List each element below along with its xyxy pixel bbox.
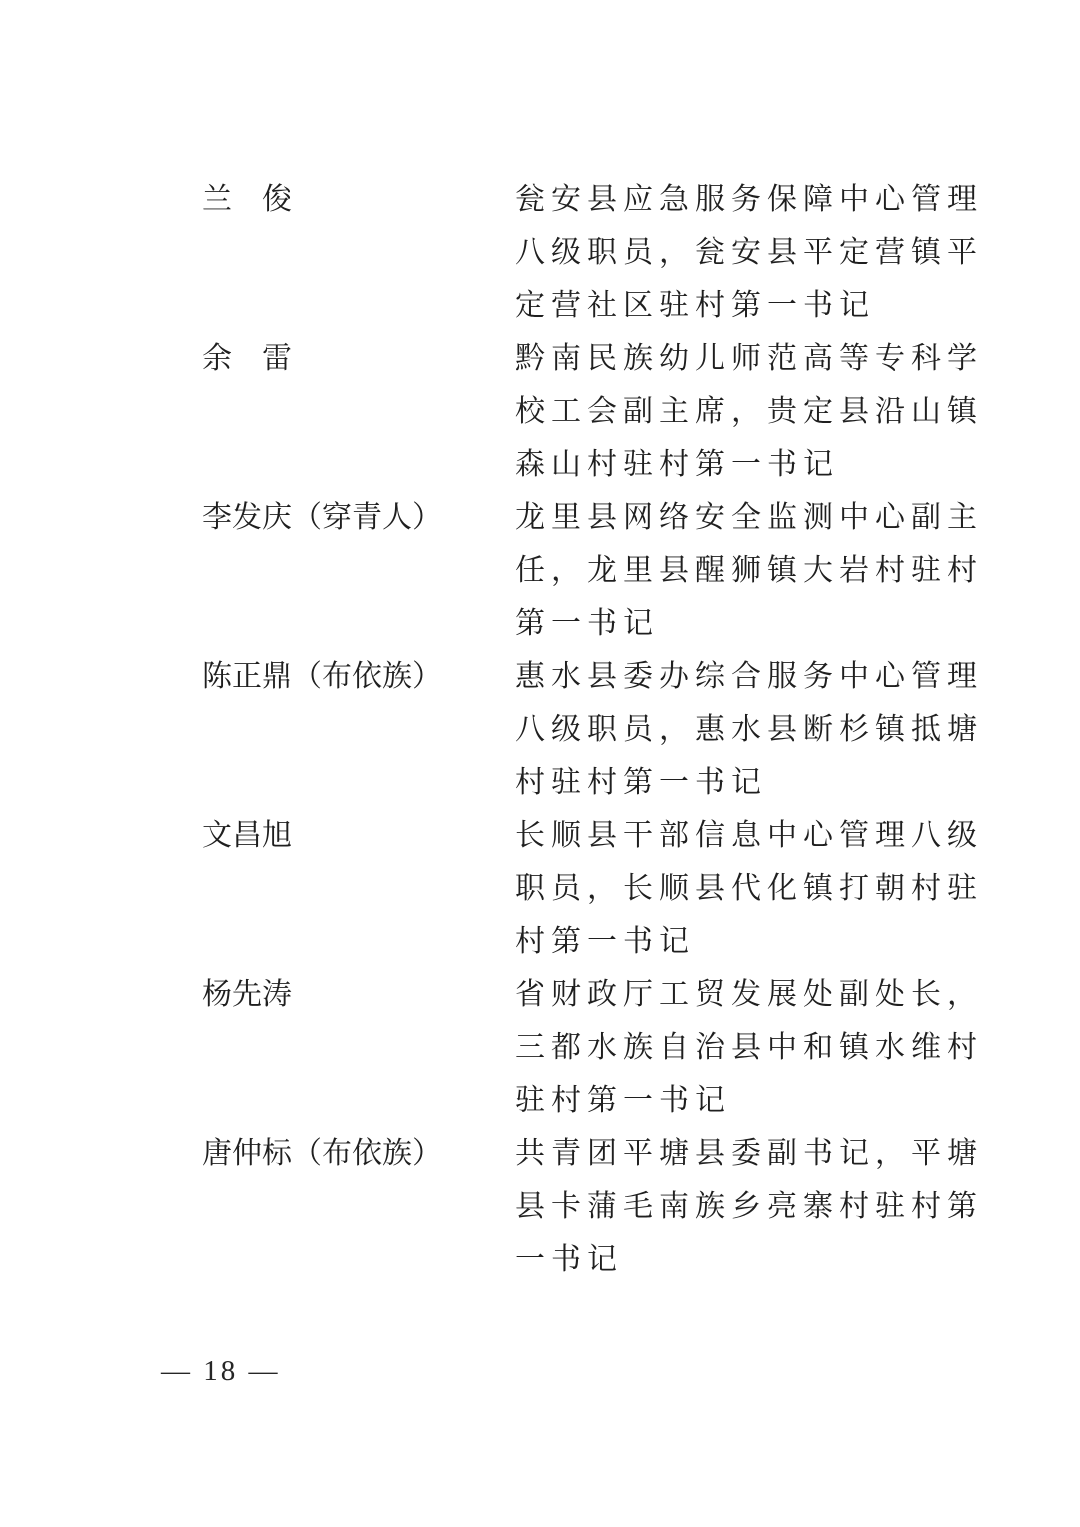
entry-row: 唐仲标（布依族） 共青团平塘县委副书记，平塘县卡蒲毛南族乡亮寨村驻村第一书记 xyxy=(0,1127,1080,1286)
entry-description-line: 惠水县委办综合服务中心管理 xyxy=(515,650,965,703)
document-page: 兰 俊 瓮安县应急服务保障中心管理八级职员，瓮安县平定营镇平定营社区驻村第一书记… xyxy=(0,0,1080,1527)
entry-name: 陈正鼎（布依族） xyxy=(202,650,515,703)
entry-description-line: 任，龙里县醒狮镇大岩村驻村 xyxy=(515,544,965,597)
entry-description-line: 第一书记 xyxy=(515,597,965,650)
entry-description: 惠水县委办综合服务中心管理八级职员，惠水县断杉镇抵塘村驻村第一书记 xyxy=(515,650,965,809)
entry-name: 兰 俊 xyxy=(202,173,515,226)
entry-description-line: 黔南民族幼儿师范高等专科学 xyxy=(515,332,965,385)
entry-name: 李发庆（穿青人） xyxy=(202,491,515,544)
entry-description-line: 职员，长顺县代化镇打朝村驻 xyxy=(515,862,965,915)
entry-row: 李发庆（穿青人） 龙里县网络安全监测中心副主任，龙里县醒狮镇大岩村驻村第一书记 xyxy=(0,491,1080,650)
entry-row: 余 雷 黔南民族幼儿师范高等专科学校工会副主席，贵定县沿山镇森山村驻村第一书记 xyxy=(0,332,1080,491)
entry-description-line: 一书记 xyxy=(515,1233,965,1286)
entry-description-line: 长顺县干部信息中心管理八级 xyxy=(515,809,965,862)
entry-description-line: 共青团平塘县委副书记，平塘 xyxy=(515,1127,965,1180)
page-number: — 18 — xyxy=(161,1355,281,1387)
entry-name: 杨先涛 xyxy=(202,968,515,1021)
entry-description-line: 八级职员，瓮安县平定营镇平 xyxy=(515,226,965,279)
entry-description-line: 省财政厅工贸发展处副处长， xyxy=(515,968,965,1021)
entry-name: 文昌旭 xyxy=(202,809,515,862)
entry-description-line: 驻村第一书记 xyxy=(515,1074,965,1127)
entry-description: 瓮安县应急服务保障中心管理八级职员，瓮安县平定营镇平定营社区驻村第一书记 xyxy=(515,173,965,332)
entry-description-line: 八级职员，惠水县断杉镇抵塘 xyxy=(515,703,965,756)
entry-row: 陈正鼎（布依族） 惠水县委办综合服务中心管理八级职员，惠水县断杉镇抵塘村驻村第一… xyxy=(0,650,1080,809)
entry-description-line: 校工会副主席，贵定县沿山镇 xyxy=(515,385,965,438)
entry-description: 长顺县干部信息中心管理八级职员，长顺县代化镇打朝村驻村第一书记 xyxy=(515,809,965,968)
entry-description-line: 村驻村第一书记 xyxy=(515,756,965,809)
entry-row: 杨先涛 省财政厅工贸发展处副处长，三都水族自治县中和镇水维村驻村第一书记 xyxy=(0,968,1080,1127)
entry-description-line: 村第一书记 xyxy=(515,915,965,968)
entry-row: 兰 俊 瓮安县应急服务保障中心管理八级职员，瓮安县平定营镇平定营社区驻村第一书记 xyxy=(0,173,1080,332)
entry-description-line: 县卡蒲毛南族乡亮寨村驻村第 xyxy=(515,1180,965,1233)
entries-list: 兰 俊 瓮安县应急服务保障中心管理八级职员，瓮安县平定营镇平定营社区驻村第一书记… xyxy=(0,173,1080,1286)
entry-description-line: 龙里县网络安全监测中心副主 xyxy=(515,491,965,544)
entry-description-line: 森山村驻村第一书记 xyxy=(515,438,965,491)
entry-description: 龙里县网络安全监测中心副主任，龙里县醒狮镇大岩村驻村第一书记 xyxy=(515,491,965,650)
entry-row: 文昌旭 长顺县干部信息中心管理八级职员，长顺县代化镇打朝村驻村第一书记 xyxy=(0,809,1080,968)
entry-description: 黔南民族幼儿师范高等专科学校工会副主席，贵定县沿山镇森山村驻村第一书记 xyxy=(515,332,965,491)
entry-name: 唐仲标（布依族） xyxy=(202,1127,515,1180)
entry-description-line: 瓮安县应急服务保障中心管理 xyxy=(515,173,965,226)
entry-description-line: 三都水族自治县中和镇水维村 xyxy=(515,1021,965,1074)
entry-description-line: 定营社区驻村第一书记 xyxy=(515,279,965,332)
entry-description: 共青团平塘县委副书记，平塘县卡蒲毛南族乡亮寨村驻村第一书记 xyxy=(515,1127,965,1286)
entry-name: 余 雷 xyxy=(202,332,515,385)
entry-description: 省财政厅工贸发展处副处长，三都水族自治县中和镇水维村驻村第一书记 xyxy=(515,968,965,1127)
